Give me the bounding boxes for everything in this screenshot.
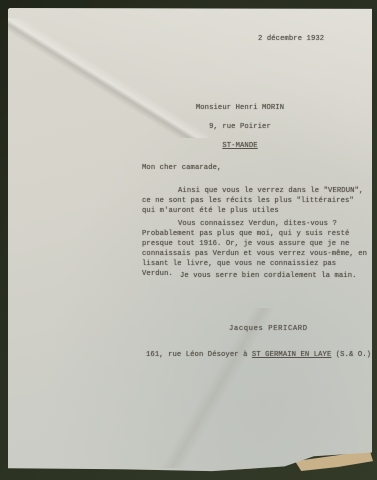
body-paragraph-1: Ainsi que vous le verrez dans le "VERDUN… — [142, 186, 368, 216]
body-paragraph-2: Vous connaissez Verdun, dites-vous ? Pro… — [142, 219, 368, 279]
salutation: Mon cher camarade, — [142, 163, 221, 173]
recipient-street: 9, rue Poirier — [170, 123, 310, 133]
letter-page: 2 décembre 1932 Monsieur Henri MORIN 9, … — [8, 8, 372, 472]
recipient-name: Monsieur Henri MORIN — [170, 104, 310, 114]
sender-address-city: ST GERMAIN EN LAYE — [252, 351, 331, 359]
sender-address: 161, rue Léon Désoyer à ST GERMAIN EN LA… — [146, 350, 371, 360]
closing-line: Je vous serre bien cordialement la main. — [180, 271, 357, 281]
photo-background: 2 décembre 1932 Monsieur Henri MORIN 9, … — [0, 0, 377, 480]
signature: Jacques PERICARD — [229, 324, 308, 334]
sender-address-prefix: 161, rue Léon Désoyer à — [146, 351, 252, 359]
sender-address-suffix: (S.& O.) — [331, 351, 371, 359]
letter-date: 2 décembre 1932 — [258, 34, 324, 44]
recipient-city: ST-MANDE — [222, 142, 257, 152]
paper-crease-bottom — [68, 308, 368, 468]
recipient-address-block: Monsieur Henri MORIN 9, rue Poirier ST-M… — [170, 94, 310, 151]
